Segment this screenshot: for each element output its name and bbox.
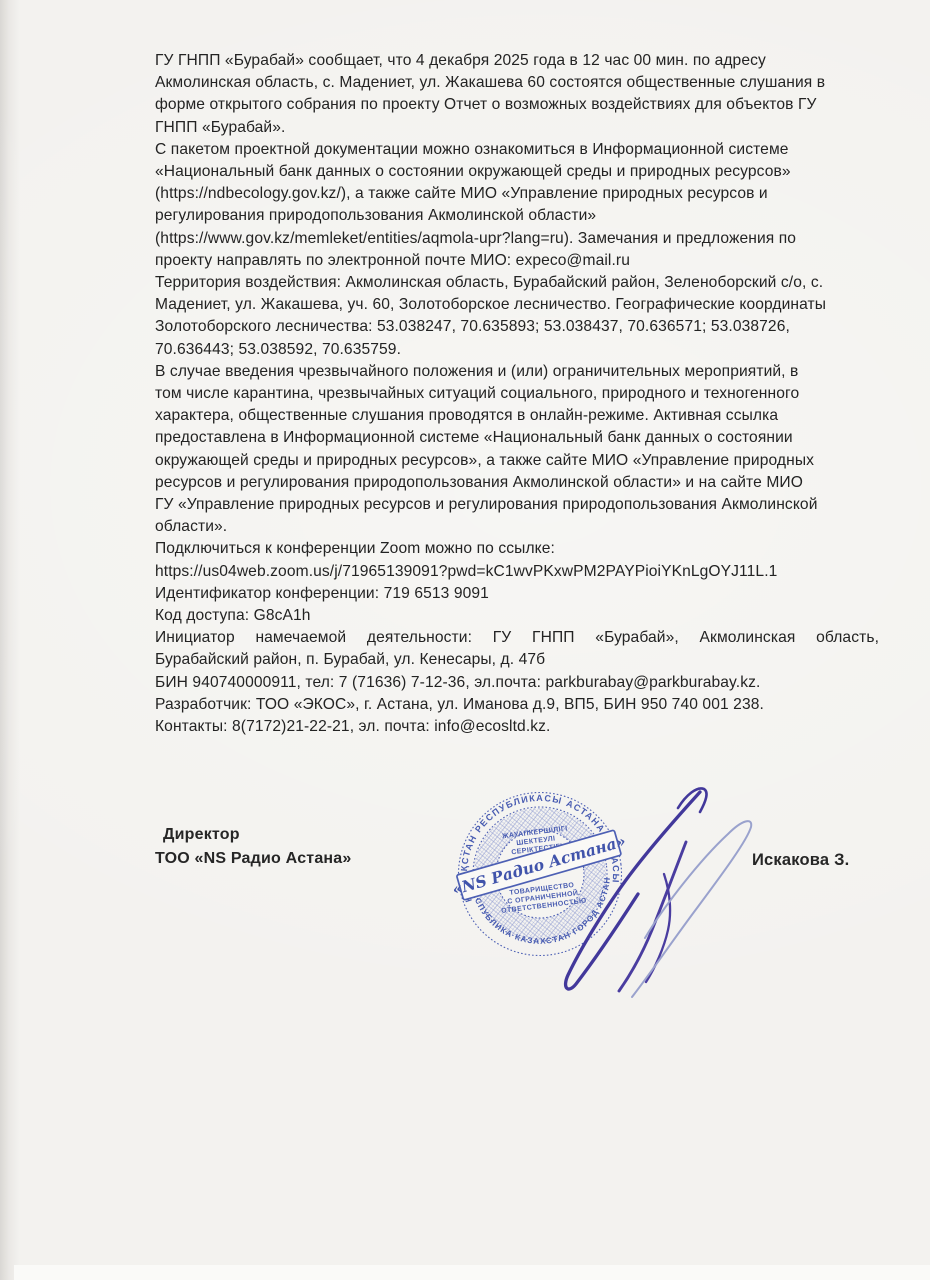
text-line: В случае введения чрезвычайного положени… bbox=[155, 361, 879, 383]
text-line: Подключиться к конференции Zoom можно по… bbox=[155, 538, 879, 560]
text-line: Код доступа: G8cA1h bbox=[155, 605, 879, 627]
text-line: Инициатор намечаемой деятельности: ГУ ГН… bbox=[155, 627, 879, 649]
scan-bottom-edge bbox=[14, 1265, 930, 1280]
text-line: характера, общественные слушания проводя… bbox=[155, 405, 879, 427]
text-line: ГУ «Управление природных ресурсов и регу… bbox=[155, 494, 879, 516]
handwritten-signature bbox=[550, 775, 780, 1015]
text-line: https://us04web.zoom.us/j/71965139091?pw… bbox=[155, 561, 879, 583]
text-line: регулирования природопользования Акмолин… bbox=[155, 205, 879, 227]
text-line: (https://ndbecology.gov.kz/), а также са… bbox=[155, 183, 879, 205]
text-line: (https://www.gov.kz/memleket/entities/aq… bbox=[155, 228, 879, 250]
signatory-company: ТОО «NS Радио Астана» bbox=[155, 850, 352, 868]
text-line: Разработчик: ТОО «ЭКОС», г. Астана, ул. … bbox=[155, 694, 879, 716]
signature-stroke-main bbox=[566, 792, 700, 989]
text-line: Мадениет, ул. Жакашева, уч. 60, Золотобо… bbox=[155, 294, 879, 316]
text-line: области». bbox=[155, 516, 879, 538]
text-line: ГУ ГНПП «Бурабай» сообщает, что 4 декабр… bbox=[155, 50, 879, 72]
text-line: ресурсов и регулирования природопользова… bbox=[155, 472, 879, 494]
text-line: Акмолинская область, с. Мадениет, ул. Жа… bbox=[155, 72, 879, 94]
text-line: окружающей среды и природных ресурсов», … bbox=[155, 450, 879, 472]
text-line: Контакты: 8(7172)21-22-21, эл. почта: in… bbox=[155, 716, 879, 738]
text-line: форме открытого собрания по проекту Отче… bbox=[155, 94, 879, 116]
text-line: С пакетом проектной документации можно о… bbox=[155, 139, 879, 161]
text-line: том числе карантина, чрезвычайных ситуац… bbox=[155, 383, 879, 405]
text-line: Идентификатор конференции: 719 6513 9091 bbox=[155, 583, 879, 605]
text-line: предоставлена в Информационной системе «… bbox=[155, 427, 879, 449]
text-line: Территория воздействия: Акмолинская обла… bbox=[155, 272, 879, 294]
text-line: проекту направлять по электронной почте … bbox=[155, 250, 879, 272]
document-body-text: ГУ ГНПП «Бурабай» сообщает, что 4 декабр… bbox=[155, 50, 879, 738]
signatory-title: Директор bbox=[163, 826, 240, 844]
scanned-document-page: ГУ ГНПП «Бурабай» сообщает, что 4 декабр… bbox=[0, 0, 930, 1280]
text-line: «Национальный банк данных о состоянии ок… bbox=[155, 161, 879, 183]
text-line: БИН 940740000911, тел: 7 (71636) 7-12-36… bbox=[155, 672, 879, 694]
text-line: ГНПП «Бурабай». bbox=[155, 117, 879, 139]
text-line: Золотоборского лесничества: 53.038247, 7… bbox=[155, 316, 879, 338]
text-line: Бурабайский район, п. Бурабай, ул. Кенес… bbox=[155, 649, 879, 671]
text-line: 70.636443; 53.038592, 70.635759. bbox=[155, 339, 879, 361]
